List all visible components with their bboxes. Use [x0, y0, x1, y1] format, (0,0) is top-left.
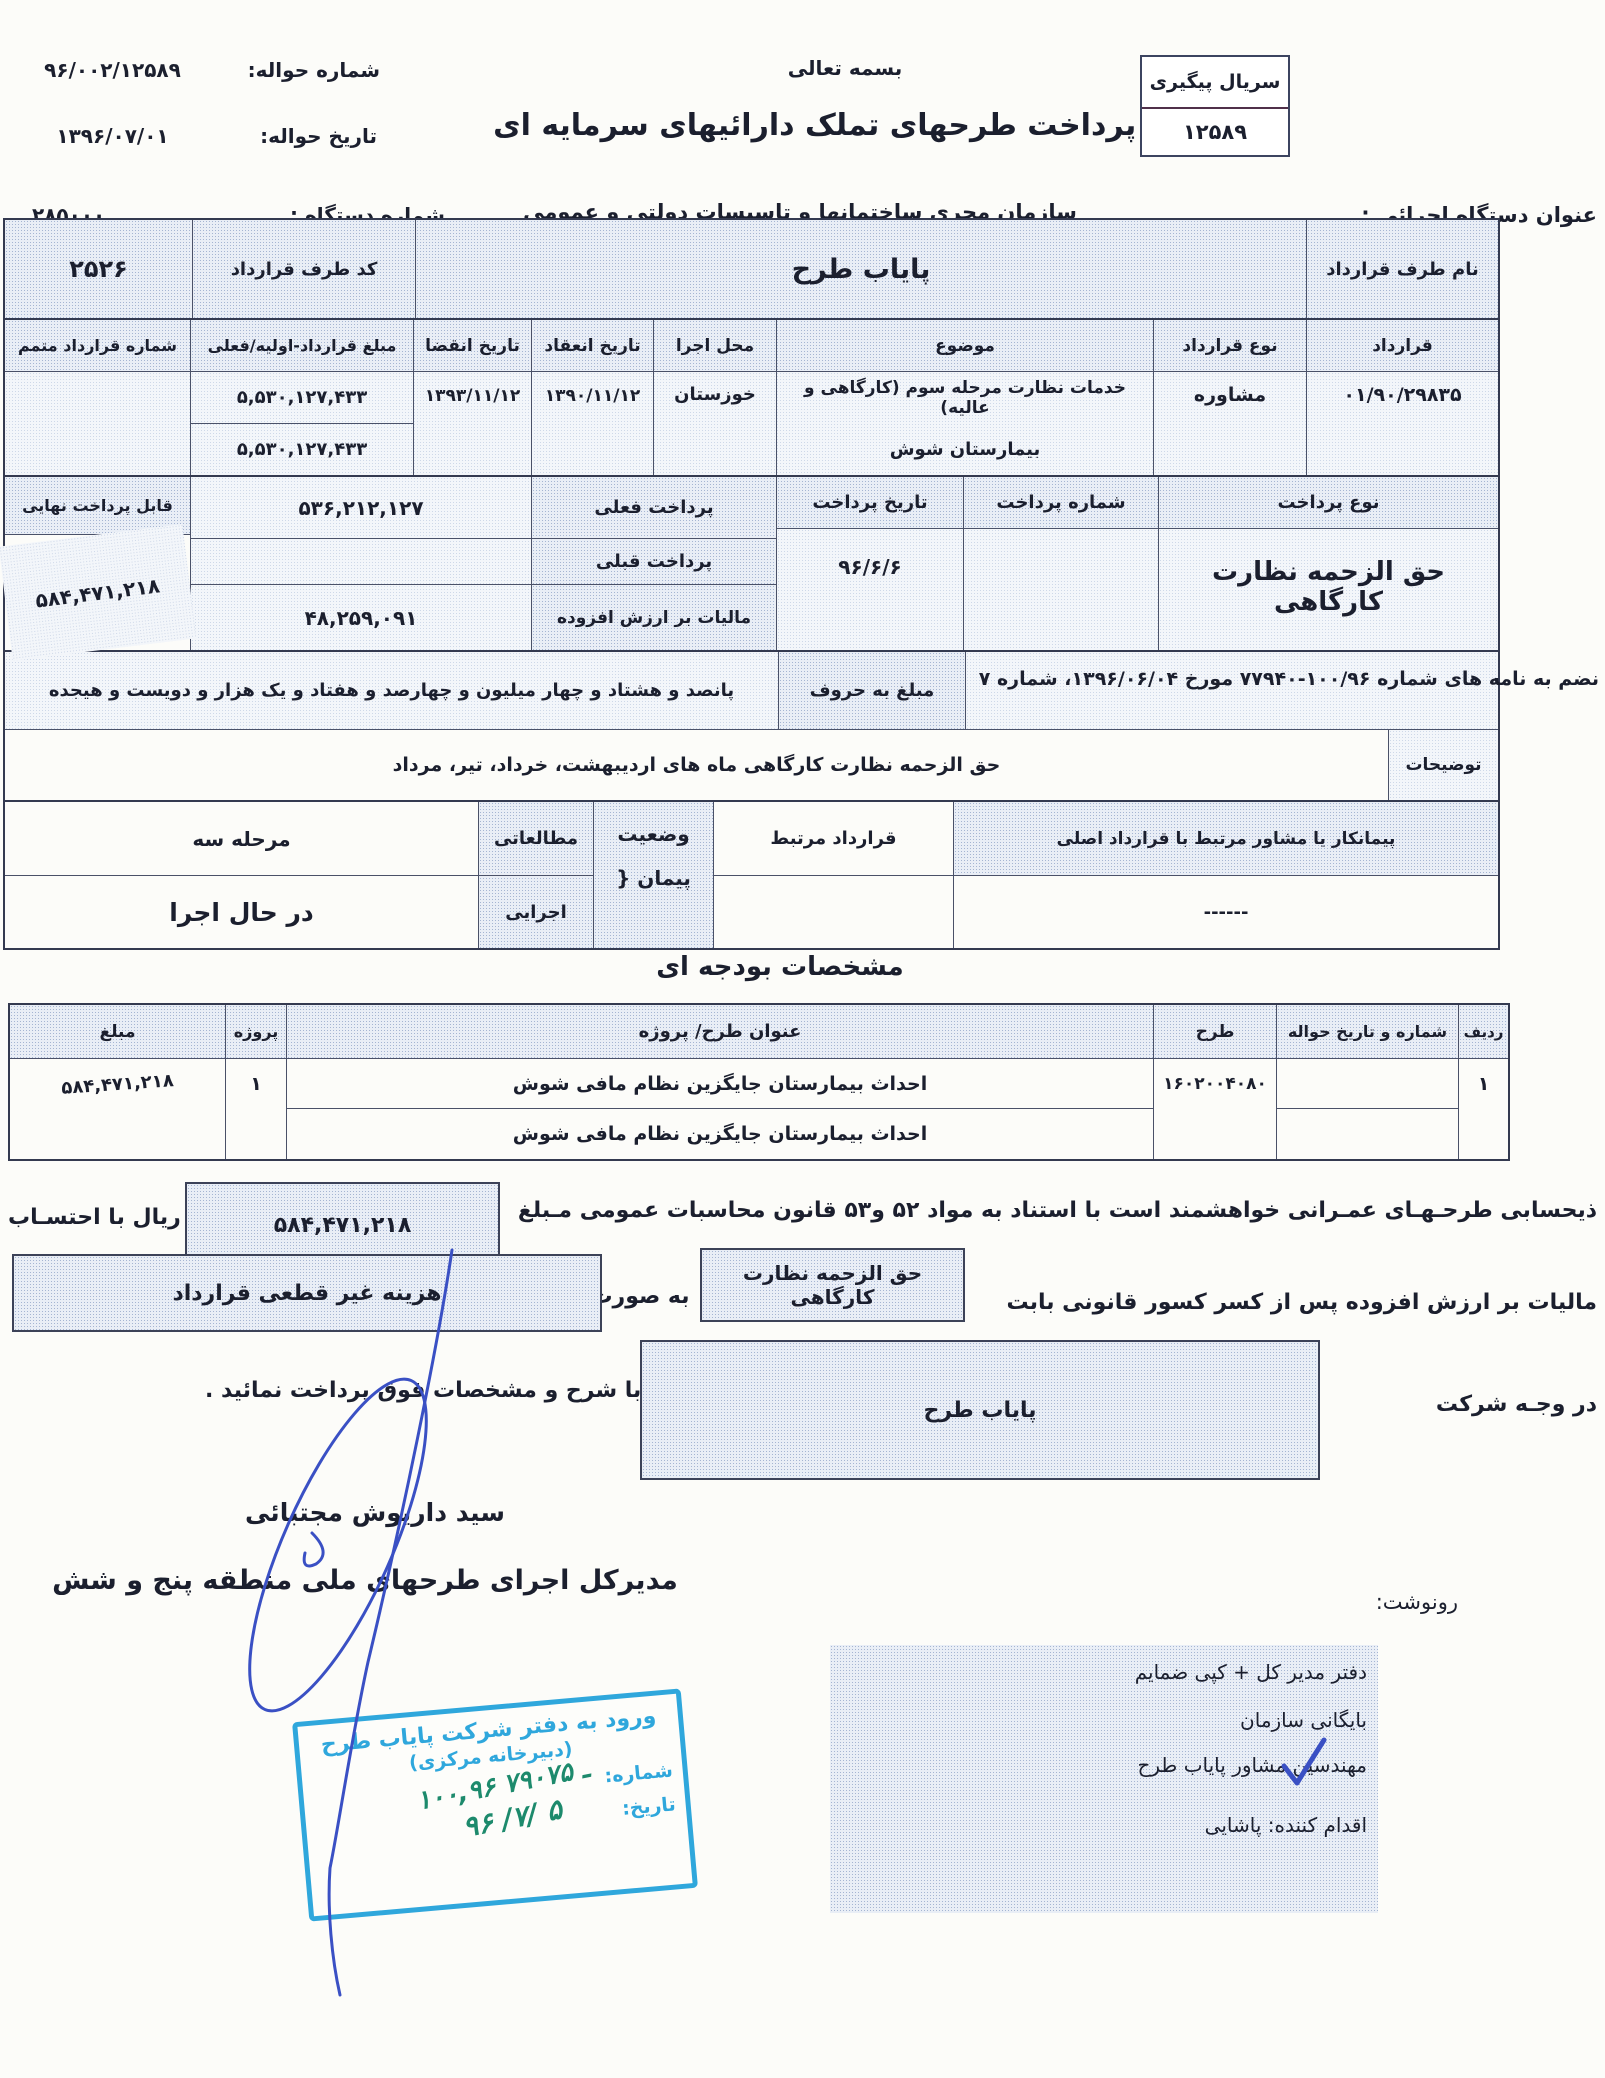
amount-cell: ۵,۵۳۰,۱۲۷,۴۳۳ ۵,۵۳۰,۱۲۷,۴۳۳	[190, 372, 413, 475]
stamp-number-label: شماره:	[604, 1759, 674, 1787]
budget-h-name: عنوان طرح/ پروژه	[287, 1005, 1153, 1059]
budget-table: ردیف ۱ شماره و تاریخ حواله طرح ۱۶۰۲۰۰۴۰۸…	[8, 1003, 1510, 1161]
notes-label: توضیحات	[1388, 730, 1498, 800]
copies-shaded-area	[830, 1645, 1378, 1913]
signatory-name: سید داریوش مجتبائی	[215, 1498, 535, 1527]
contract-payment-table: نام طرف قرارداد پایاب طرح کد طرف قرارداد…	[3, 218, 1500, 802]
payment-previous-label: پرداخت قبلی	[532, 539, 776, 585]
payment-type-label: نوع پرداخت	[1159, 477, 1498, 529]
contract-type-value: مشاوره	[1153, 372, 1306, 475]
instruction-expense-type-box: هزینه غیر قطعی قرارداد	[12, 1254, 602, 1332]
instruction-line2-right: مالیات بر ارزش افزوده پس از کسر کسور قان…	[1006, 1290, 1597, 1315]
budget-name-1: احداث بیمارستان جایگزین نظام مافی شوش	[287, 1059, 1153, 1109]
phase-col: مرحله سه در حال اجرا	[5, 802, 478, 948]
col-contract-type: نوع قرارداد	[1153, 320, 1306, 371]
party-name: پایاب طرح	[415, 220, 1306, 318]
payment-vat-value: ۴۸,۲۵۹,۰۹۱	[191, 585, 531, 650]
col-sign-date: تاریخ انعقاد	[531, 320, 653, 371]
related-party-label: پیمانکار یا مشاور مرتبط با قرارداد اصلی	[954, 802, 1498, 876]
amount-words-label: مبلغ به حروف	[778, 652, 965, 729]
copies-item-2: بایگانی سازمان	[1240, 1708, 1367, 1732]
tracking-serial-label: سریال پیگیری	[1142, 57, 1288, 109]
ref-no-label: شماره حواله:	[248, 58, 380, 82]
phase-value: در حال اجرا	[5, 876, 478, 948]
payment-date-value: ۹۶/۶/۶	[777, 529, 963, 650]
scanned-payment-order-document: شماره حواله: ۹۶/۰۰۲/۱۲۵۸۹ تاریخ حواله: ۱…	[0, 0, 1605, 2078]
contract-no-value: ۰۱/۹۰/۲۹۸۳۵	[1306, 372, 1498, 475]
stamp-date-label: تاریخ:	[621, 1793, 676, 1820]
instruction-line3-right: در وجـه شرکت	[1436, 1392, 1597, 1417]
budget-plan-value: ۱۶۰۲۰۰۴۰۸۰	[1154, 1059, 1276, 1109]
company-entry-stamp: ورود به دفتر شرکت پایاب طرح (دبیرخانه مر…	[292, 1688, 698, 1921]
location-value: خوزستان	[653, 372, 776, 475]
payment-band: نوع پرداخت حق الزحمه نظارت کارگاهی شماره…	[5, 477, 1498, 652]
signatory-title: مدیرکل اجرای طرحهای ملی منطقه پنج و شش	[45, 1565, 685, 1596]
budget-col-name: عنوان طرح/ پروژه احداث بیمارستان جایگزین…	[286, 1005, 1153, 1159]
budget-project-value: ۱	[226, 1059, 286, 1109]
expiry-date-value: ۱۳۹۳/۱۱/۱۲	[413, 372, 531, 475]
party-label: نام طرف قرارداد	[1306, 220, 1498, 318]
attachment-note-cell	[965, 652, 1498, 729]
payment-no-empty	[964, 529, 1158, 650]
budget-col-amount: مبلغ ۵۸۴,۴۷۱,۲۱۸	[10, 1005, 225, 1159]
party-row: نام طرف قرارداد پایاب طرح کد طرف قرارداد…	[5, 220, 1498, 320]
copies-item-1: دفتر مدیر کل + کپی ضمایم	[1135, 1660, 1367, 1684]
payment-current-label: پرداخت فعلی	[532, 477, 776, 539]
payment-current-value: ۵۳۶,۲۱۲,۱۲۷	[191, 477, 531, 539]
col-supplement: شماره قرارداد متمم	[5, 320, 190, 371]
ref-date-label: تاریخ حواله:	[260, 124, 377, 148]
budget-row-no-2	[1459, 1109, 1508, 1159]
supplement-value-empty	[5, 372, 190, 475]
pact-status-brace: پیمان {	[594, 866, 713, 948]
col-contract: قرارداد	[1306, 320, 1498, 371]
attachment-note: نضم به نامه های شماره ۱۰۰/۹۶-۷۷۹۴۰ مورخ …	[979, 668, 1599, 690]
payment-date-col: تاریخ پرداخت ۹۶/۶/۶	[776, 477, 963, 650]
pact-status-word: وضعیت	[594, 802, 713, 866]
related-contract-col: قرارداد مرتبط	[713, 802, 953, 948]
tracking-serial-box: سریال پیگیری ۱۲۵۸۹	[1140, 55, 1290, 157]
budget-amount-2	[10, 1109, 225, 1159]
related-party-col: پیمانکار یا مشاور مرتبط با قرارداد اصلی …	[953, 802, 1498, 948]
budget-col-plan: طرح ۱۶۰۲۰۰۴۰۸۰	[1153, 1005, 1276, 1159]
ref-date-value: ۱۳۹۶/۰۷/۰۱	[30, 124, 195, 148]
related-party-value: ------	[954, 876, 1498, 948]
budget-plan-2	[1154, 1109, 1276, 1159]
budget-col-ref: شماره و تاریخ حواله	[1276, 1005, 1458, 1159]
budget-ref-2	[1277, 1109, 1458, 1159]
payment-no-label: شماره پرداخت	[964, 477, 1158, 529]
contract-header-row: قرارداد نوع قرارداد موضوع محل اجرا تاریخ…	[5, 320, 1498, 372]
copies-item-4: اقدام کننده: پاشایی	[1205, 1813, 1367, 1837]
amount-initial: ۵,۵۳۰,۱۲۷,۴۳۳	[191, 372, 413, 424]
payment-row-labels-col: پرداخت فعلی پرداخت قبلی مالیات بر ارزش ا…	[531, 477, 776, 650]
payment-date-label: تاریخ پرداخت	[777, 477, 963, 529]
notes-row: توضیحات حق الزحمه نظارت کارگاهی ماه های …	[5, 730, 1498, 800]
payment-final-value: ۵۸۴,۴۷۱,۲۱۸	[0, 524, 196, 661]
payment-vat-label: مالیات بر ارزش افزوده	[532, 585, 776, 650]
document-title: حواله پرداخت طرحهای تملک دارائیهای سرمای…	[480, 108, 1240, 143]
phase-label: مرحله سه	[5, 802, 478, 876]
budget-row-no: ۱	[1459, 1059, 1508, 1109]
budget-project-2	[226, 1109, 286, 1159]
col-subject: موضوع	[776, 320, 1153, 371]
status-table: پیمانکار یا مشاور مرتبط با قرارداد اصلی …	[3, 800, 1500, 950]
related-contract-label: قرارداد مرتبط	[714, 802, 953, 876]
payment-final-col: قابل پرداخت نهایی ۵۸۴,۴۷۱,۲۱۸	[5, 477, 190, 650]
instruction-payment-type-box: حق الزحمه نظارت کارگاهی	[700, 1248, 965, 1322]
sign-date-value: ۱۳۹۰/۱۱/۱۲	[531, 372, 653, 475]
budget-h-ref: شماره و تاریخ حواله	[1277, 1005, 1458, 1059]
copies-item-3: مهندسین مشاور پایاب طرح	[1137, 1753, 1367, 1777]
budget-h-project: پروژه	[226, 1005, 286, 1059]
ref-no-value: ۹۶/۰۰۲/۱۲۵۸۹	[30, 58, 195, 82]
tracking-serial-value: ۱۲۵۸۹	[1142, 109, 1288, 155]
exec-label: اجرایی	[479, 876, 593, 948]
instruction-line1-right: ذیحسابی طرحـهـای عمـرانی خواهشمند است با…	[518, 1198, 1597, 1223]
payment-amounts-col: ۵۳۶,۲۱۲,۱۲۷ ۴۸,۲۵۹,۰۹۱	[190, 477, 531, 650]
party-code-label: کد طرف قرارداد	[192, 220, 415, 318]
col-expiry-date: تاریخ انقضا	[413, 320, 531, 371]
study-label: مطالعاتی	[479, 802, 593, 876]
party-code-value: ۲۵۲۶	[5, 220, 192, 318]
payment-previous-empty	[191, 539, 531, 585]
budget-name-2: احداث بیمارستان جایگزین نظام مافی شوش	[287, 1109, 1153, 1159]
budget-h-row: ردیف	[1459, 1005, 1508, 1059]
pact-status-col: وضعیت پیمان {	[593, 802, 713, 948]
budget-ref-1	[1277, 1059, 1458, 1109]
budget-h-plan: طرح	[1154, 1005, 1276, 1059]
instruction-line3-left: با شرح و مشخصات فوق پرداخت نمائید .	[205, 1378, 641, 1403]
amount-words-value: پانصد و هشتاد و چهار میلیون و چهارصد و ه…	[5, 652, 778, 729]
amount-current: ۵,۵۳۰,۱۲۷,۴۳۳	[191, 424, 413, 475]
study-exec-col: مطالعاتی اجرایی	[478, 802, 593, 948]
copies-label: رونوشت:	[1376, 1590, 1458, 1614]
subject-cell: خدمات نظارت مرحله سوم (کارگاهی و عالیه) …	[776, 372, 1153, 475]
contract-value-row: ۰۱/۹۰/۲۹۸۳۵ مشاوره خدمات نظارت مرحله سوم…	[5, 372, 1498, 477]
budget-h-amount: مبلغ	[10, 1005, 225, 1059]
subject-line1: خدمات نظارت مرحله سوم (کارگاهی و عالیه)	[777, 372, 1153, 424]
budget-col-row: ردیف ۱	[1458, 1005, 1508, 1159]
col-amount: مبلغ قرارداد-اولیه/فعلی	[190, 320, 413, 371]
subject-line2: بیمارستان شوش	[777, 424, 1153, 475]
col-location: محل اجرا	[653, 320, 776, 371]
budget-col-project: پروژه ۱	[225, 1005, 286, 1159]
budget-title: مشخصات بودجه ای	[600, 952, 960, 982]
instruction-payee-box: پایاب طرح	[640, 1340, 1320, 1480]
amount-words-row: مبلغ به حروف پانصد و هشتاد و چهار میلیون…	[5, 652, 1498, 730]
payment-type-value: حق الزحمه نظارت کارگاهی	[1159, 529, 1498, 650]
related-contract-empty	[714, 876, 953, 948]
budget-amount-value: ۵۸۴,۴۷۱,۲۱۸	[9, 1052, 227, 1117]
instruction-line1-left: ریال با احتسـاب	[8, 1205, 181, 1230]
payment-no-col: شماره پرداخت	[963, 477, 1158, 650]
notes-value: حق الزحمه نظارت کارگاهی ماه های اردیبهشت…	[5, 730, 1388, 800]
payment-type-col: نوع پرداخت حق الزحمه نظارت کارگاهی	[1158, 477, 1498, 650]
bismillah: بسمه تعالی	[770, 56, 920, 80]
